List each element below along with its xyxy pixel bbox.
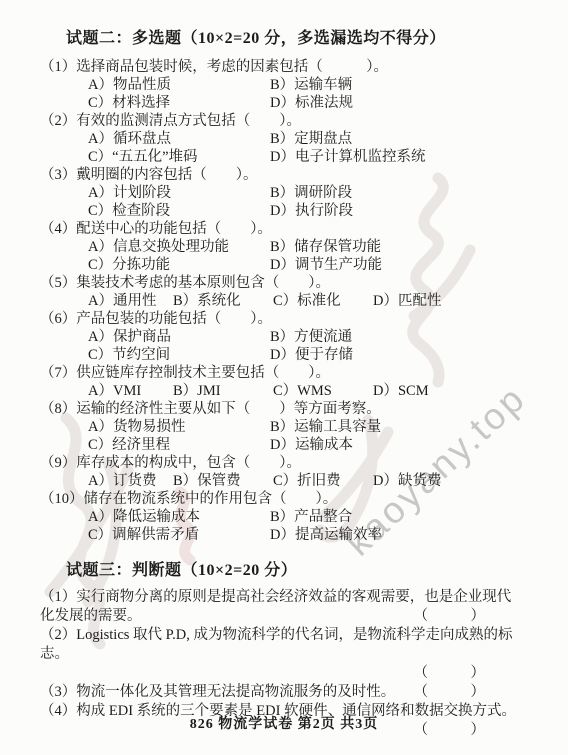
exam-paper-page: kaoyany.top 试题二：多选题（10×2=20 分，多选漏选均不得分） … — [0, 0, 568, 755]
option-d: D）匹配性 — [373, 292, 544, 310]
question-stem: 配送中心的功能包括（ ）。 — [76, 221, 272, 237]
option-b: B）保管费 — [173, 472, 273, 490]
option-a: A）循环盘点 — [88, 130, 270, 148]
mc-question-6: （6）产品包装的功能包括（ ）。 A）保护商品 B）方便流通 C）节约空间 D）… — [40, 310, 544, 364]
question-stem: 集装技术考虑的基本原则包含（ ）。 — [76, 275, 330, 291]
question-number: （6） — [40, 310, 76, 328]
section3-title: 试题三：判断题（10×2=20 分） — [66, 560, 544, 582]
option-b: B）调研阶段 — [270, 184, 544, 202]
option-d: D）提高运输效率 — [270, 526, 544, 544]
item-number: （1） — [40, 588, 76, 607]
answer-bracket: （ ） — [414, 607, 500, 626]
option-d: D）SCM — [373, 382, 544, 400]
option-b: B）定期盘点 — [270, 130, 544, 148]
question-stem: 选择商品包装时候，考虑的因素包括（ ）。 — [76, 59, 388, 75]
option-a: A）降低运输成本 — [88, 508, 270, 526]
question-number: （2） — [40, 112, 76, 130]
item-number: （2） — [40, 626, 76, 645]
options: A）保护商品 B）方便流通 C）节约空间 D）便于存储 — [88, 328, 544, 364]
option-a: A）信息交换处理功能 — [88, 238, 270, 256]
question-stem: 供应链库存控制技术主要包括（ ）。 — [76, 365, 330, 381]
option-c: C）调解供需矛盾 — [88, 526, 270, 544]
page-content: 试题二：多选题（10×2=20 分，多选漏选均不得分） （1）选择商品包装时候，… — [0, 0, 568, 740]
option-a: A）订货费 — [88, 472, 173, 490]
option-b: B）系统化 — [173, 292, 273, 310]
item-text: 物流一体化及其管理无法提高物流服务的及时性。 — [76, 684, 395, 700]
question-number: （7） — [40, 364, 76, 382]
answer-bracket: （ ） — [414, 683, 500, 702]
option-a: A）货物易损性 — [88, 418, 270, 436]
option-b: B）方便流通 — [270, 328, 544, 346]
option-b: B）JMI — [173, 382, 273, 400]
option-c: C）折旧费 — [273, 472, 373, 490]
option-b: B）产品整合 — [270, 508, 544, 526]
option-c: C）WMS — [273, 382, 373, 400]
option-d: D）执行阶段 — [270, 202, 544, 220]
option-c: C）经济里程 — [88, 436, 270, 454]
option-c: C）检查阶段 — [88, 202, 270, 220]
option-c: C）标准化 — [273, 292, 373, 310]
question-stem: 戴明圈的内容包括（ ）。 — [76, 167, 257, 183]
option-d: D）缺货费 — [373, 472, 544, 490]
mc-question-10: （10）储存在物流系统中的作用包含（ ）。 A）降低运输成本 B）产品整合 C）… — [40, 490, 544, 544]
answer-bracket: （ ） — [414, 664, 500, 683]
tf-item-1: （1）实行商物分离的原则是提高社会经济效益的客观需要，也是企业现代化发展的需要。… — [40, 588, 544, 626]
mc-question-4: （4）配送中心的功能包括（ ）。 A）信息交换处理功能 B）储存保管功能 C）分… — [40, 220, 544, 274]
option-a: A）VMI — [88, 382, 173, 400]
page-footer: 826 物流学试卷 第2页 共3页 — [0, 713, 568, 733]
option-a: A）通用性 — [88, 292, 173, 310]
option-a: A）计划阶段 — [88, 184, 270, 202]
question-number: （9） — [40, 454, 76, 472]
option-c: C）材料选择 — [88, 94, 270, 112]
question-stem: 储存在物流系统中的作用包含（ ）。 — [84, 491, 338, 507]
options: A）信息交换处理功能 B）储存保管功能 C）分拣功能 D）调节生产功能 — [88, 238, 544, 274]
item-text: Logistics 取代 P.D, 成为物流科学的代名词，是物流科学走向成熟的标… — [40, 627, 512, 662]
options: A）VMI B）JMI C）WMS D）SCM — [88, 382, 544, 400]
option-d: D）标准法规 — [270, 94, 544, 112]
question-stem: 有效的监测清点方式包括（ ）。 — [76, 113, 301, 129]
options: A）通用性 B）系统化 C）标准化 D）匹配性 — [88, 292, 544, 310]
question-number: （1） — [40, 58, 76, 76]
option-a: A）保护商品 — [88, 328, 270, 346]
item-number: （3） — [40, 683, 76, 702]
option-b: B）储存保管功能 — [270, 238, 544, 256]
option-a: A）物品性质 — [88, 76, 270, 94]
option-d: D）调节生产功能 — [270, 256, 544, 274]
mc-question-3: （3）戴明圈的内容包括（ ）。 A）计划阶段 B）调研阶段 C）检查阶段 D）执… — [40, 166, 544, 220]
tf-item-2: （2）Logistics 取代 P.D, 成为物流科学的代名词，是物流科学走向成… — [40, 626, 544, 683]
question-number: （4） — [40, 220, 76, 238]
question-stem: 产品包装的功能包括（ ）。 — [76, 311, 272, 327]
option-d: D）便于存储 — [270, 346, 544, 364]
options: A）货物易损性 B）运输工具容量 C）经济里程 D）运输成本 — [88, 418, 544, 454]
question-number: （8） — [40, 400, 76, 418]
option-d: D）运输成本 — [270, 436, 544, 454]
option-c: C）“五五化”堆码 — [88, 148, 270, 166]
mc-question-2: （2）有效的监测清点方式包括（ ）。 A）循环盘点 B）定期盘点 C）“五五化”… — [40, 112, 544, 166]
tf-item-3: （3）物流一体化及其管理无法提高物流服务的及时性。 （ ） — [40, 683, 544, 702]
option-b: B）运输工具容量 — [270, 418, 544, 436]
option-c: C）节约空间 — [88, 346, 270, 364]
options: A）订货费 B）保管费 C）折旧费 D）缺货费 — [88, 472, 544, 490]
question-number: （10） — [40, 490, 84, 508]
mc-question-1: （1）选择商品包装时候，考虑的因素包括（ ）。 A）物品性质 B）运输车辆 C）… — [40, 58, 544, 112]
question-stem: 库存成本的构成中，包含（ ）。 — [76, 455, 301, 471]
question-number: （5） — [40, 274, 76, 292]
options: A）计划阶段 B）调研阶段 C）检查阶段 D）执行阶段 — [88, 184, 544, 220]
mc-question-7: （7）供应链库存控制技术主要包括（ ）。 A）VMI B）JMI C）WMS D… — [40, 364, 544, 400]
mc-question-9: （9）库存成本的构成中，包含（ ）。 A）订货费 B）保管费 C）折旧费 D）缺… — [40, 454, 544, 490]
mc-question-8: （8）运输的经济性主要从如下（ ）等方面考察。 A）货物易损性 B）运输工具容量… — [40, 400, 544, 454]
question-number: （3） — [40, 166, 76, 184]
option-b: B）运输车辆 — [270, 76, 544, 94]
option-c: C）分拣功能 — [88, 256, 270, 274]
mc-question-5: （5）集装技术考虑的基本原则包含（ ）。 A）通用性 B）系统化 C）标准化 D… — [40, 274, 544, 310]
options: A）循环盘点 B）定期盘点 C）“五五化”堆码 D）电子计算机监控系统 — [88, 130, 544, 166]
options: A）物品性质 B）运输车辆 C）材料选择 D）标准法规 — [88, 76, 544, 112]
question-stem: 运输的经济性主要从如下（ ）等方面考察。 — [76, 401, 381, 417]
option-d: D）电子计算机监控系统 — [270, 148, 544, 166]
options: A）降低运输成本 B）产品整合 C）调解供需矛盾 D）提高运输效率 — [88, 508, 544, 544]
section2-title: 试题二：多选题（10×2=20 分，多选漏选均不得分） — [66, 28, 544, 50]
